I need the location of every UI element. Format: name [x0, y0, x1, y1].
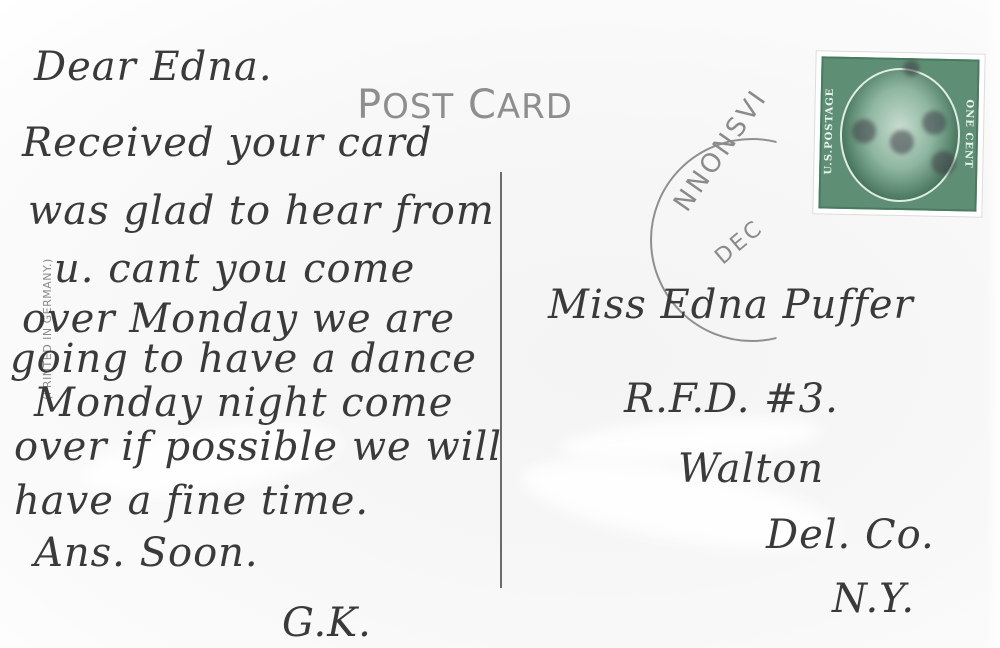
message-line: was glad to hear from: [28, 188, 495, 234]
message-line: Dear Edna.: [34, 44, 273, 90]
postage-stamp: U.S.POSTAGE ONE CENT: [818, 56, 979, 211]
message-line: Received your card: [22, 120, 433, 166]
message-line: over if possible we will: [14, 424, 502, 470]
message-line: going to have a dance: [10, 336, 477, 382]
address-line-state: N.Y.: [832, 576, 915, 622]
message-line: u. cant you come: [54, 246, 415, 292]
message-line: have a fine time.: [14, 478, 369, 524]
stamp-left-text: U.S.POSTAGE: [823, 66, 840, 196]
postcard-back: POST CARD (PRINTED IN GERMANY.) Dear Edn…: [0, 0, 1000, 648]
heading-card-rest: ARD: [497, 87, 573, 127]
heading-initial-c: C: [468, 82, 497, 128]
signature: G.K.: [282, 600, 372, 646]
address-line-route: R.F.D. #3.: [624, 376, 839, 422]
message-line: Ans. Soon.: [34, 530, 259, 576]
message-line: Monday night come: [34, 380, 453, 426]
address-line-name: Miss Edna Puffer: [548, 282, 914, 328]
stamp-right-text: ONE CENT: [959, 69, 976, 199]
heading-space: [454, 82, 468, 128]
cancellation-mark: [931, 151, 955, 175]
address-line-county: Del. Co.: [766, 512, 935, 558]
address-line-town: Walton: [678, 446, 824, 492]
center-divider-line: [500, 172, 502, 588]
